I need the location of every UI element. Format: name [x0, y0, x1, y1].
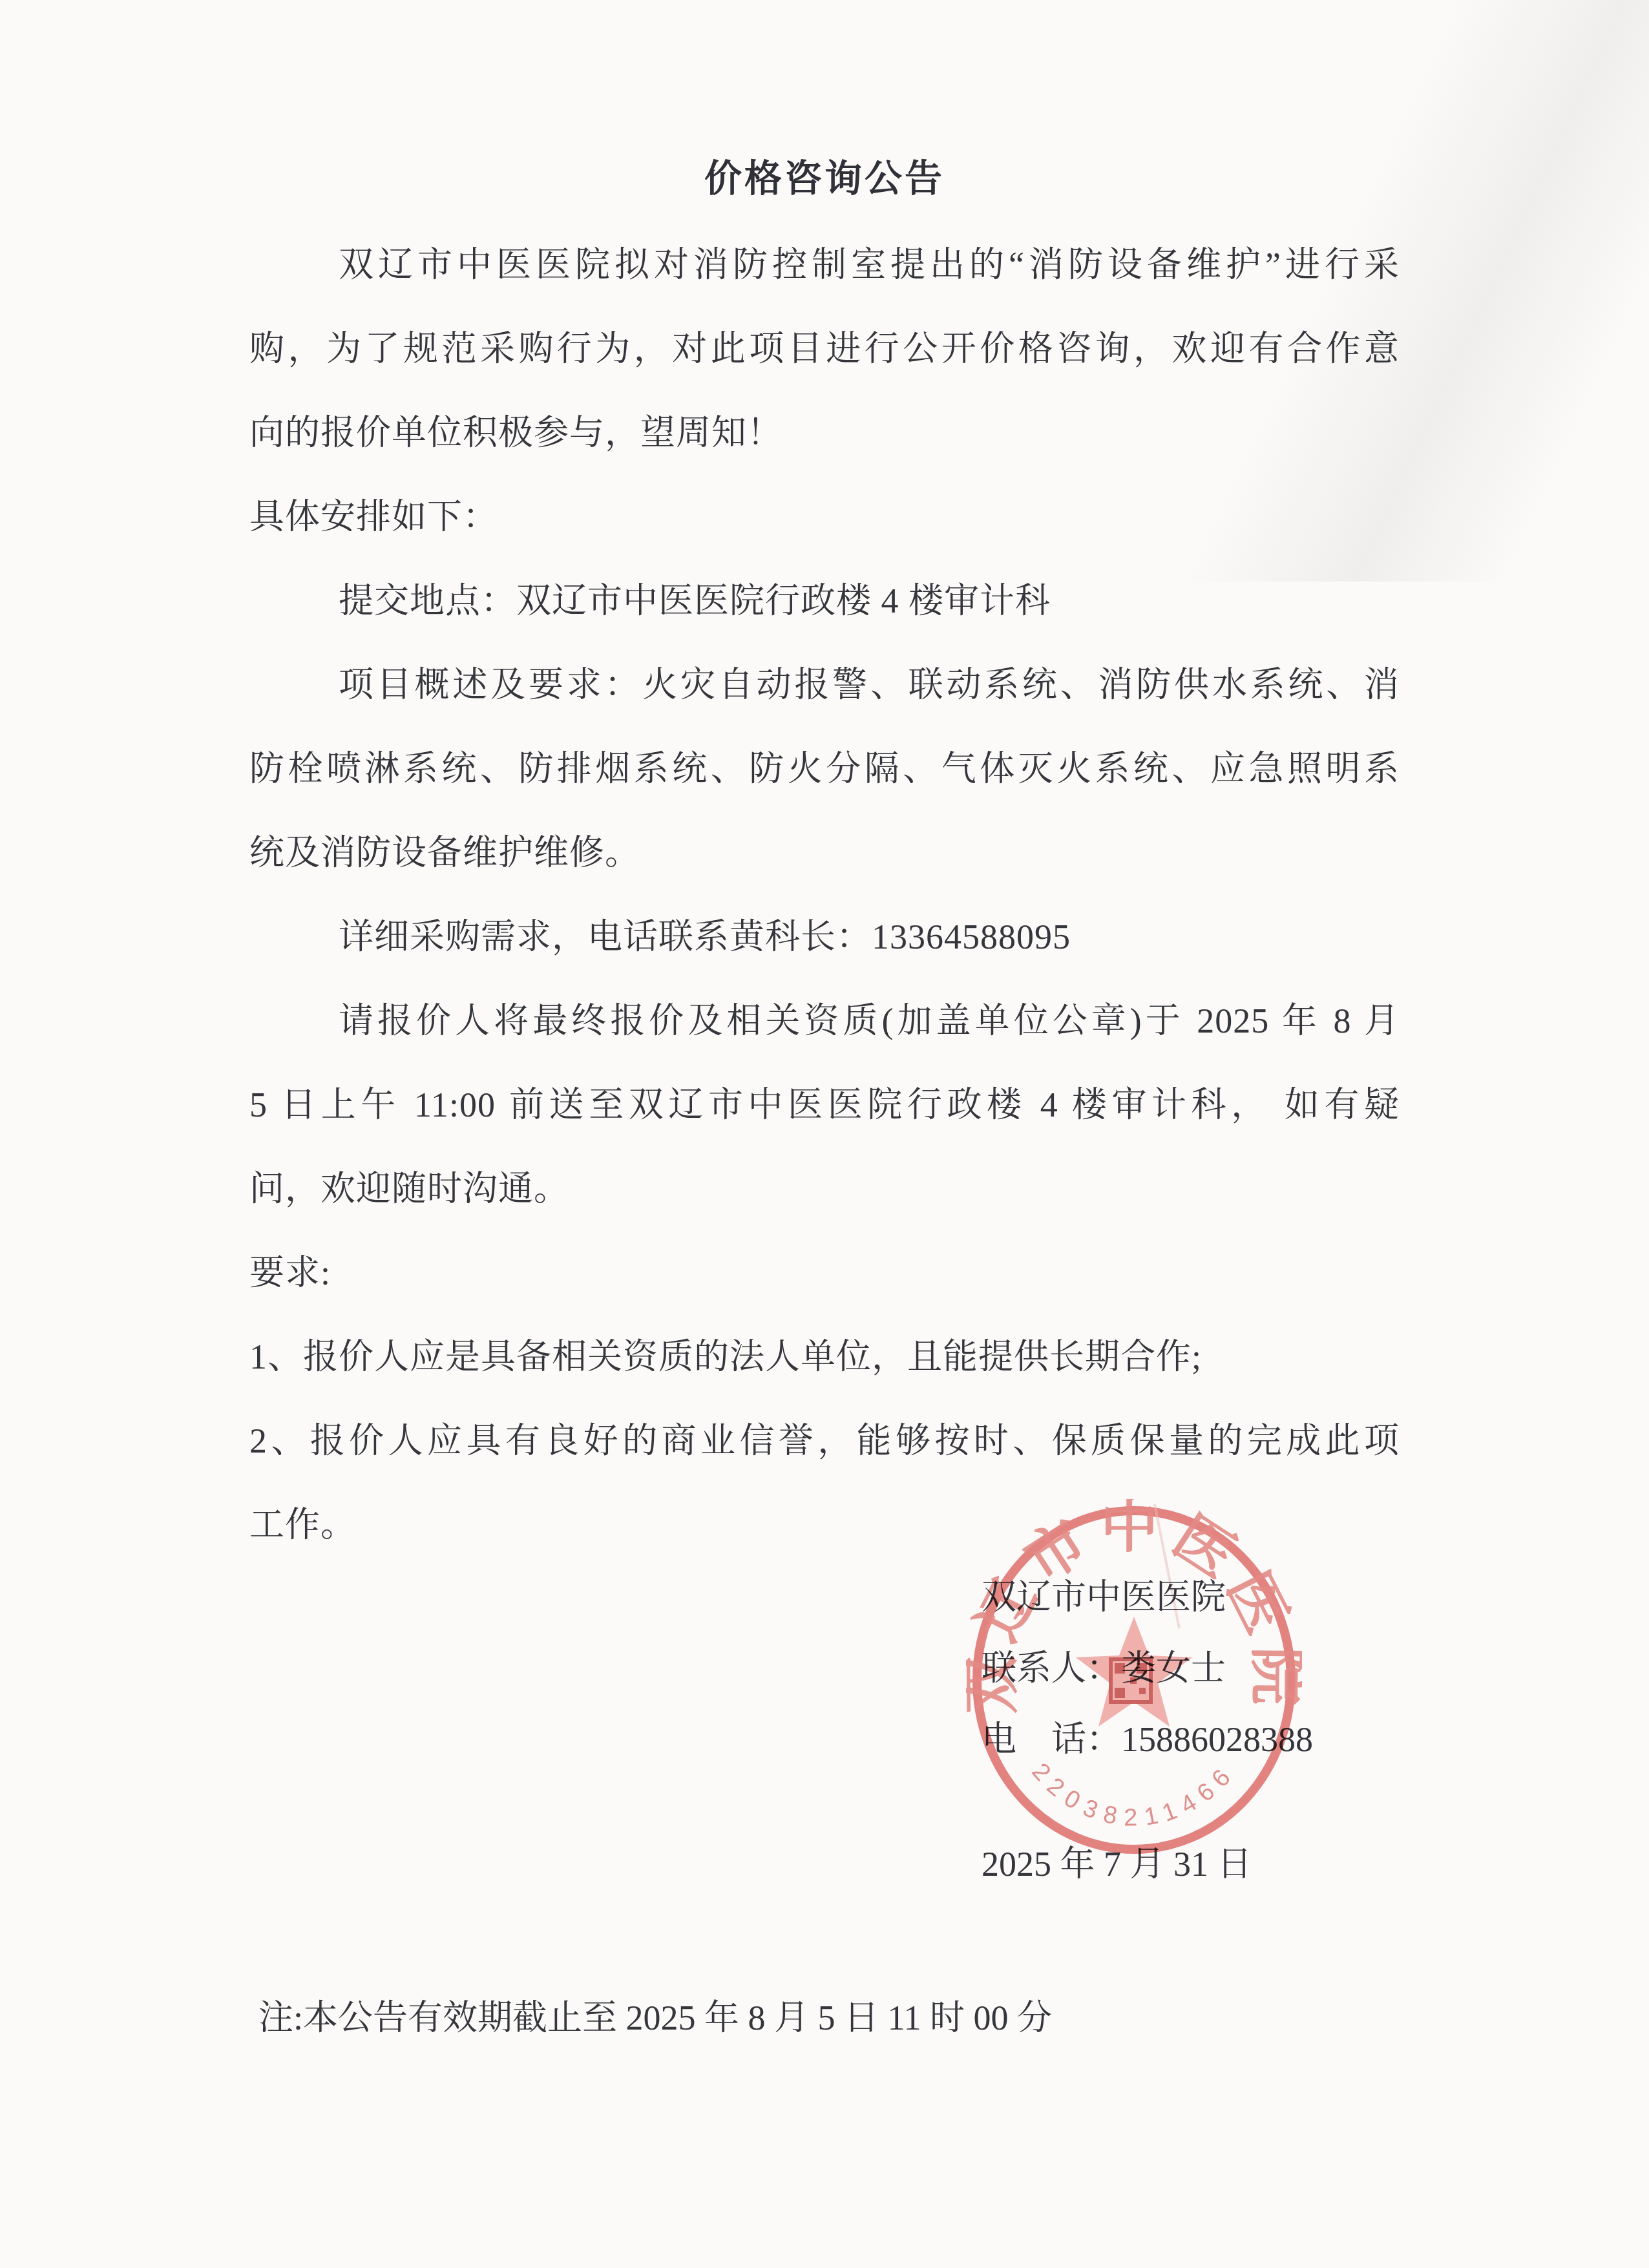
signature-phone: 电 话：15886028388 [982, 1704, 1313, 1775]
paragraph-line: 工作。 [249, 1483, 1400, 1567]
paragraph-line: 问，欢迎随时沟通。 [249, 1147, 1400, 1231]
paragraph-line: 2、报价人应具有良好的商业信誉，能够按时、保质保量的完成此项 [249, 1399, 1400, 1483]
paragraph-line: 防栓喷淋系统、防排烟系统、防火分隔、气体灭火系统、应急照明系 [249, 727, 1400, 811]
paragraph-line: 具体安排如下： [249, 475, 1400, 559]
paragraph-line: 要求: [249, 1231, 1400, 1315]
footer-note: 注:本公告有效期截止至 2025 年 8 月 5 日 11 时 00 分 [258, 1998, 1052, 2038]
paragraph-line: 统及消防设备维护维修。 [249, 811, 1400, 895]
document-title: 价格咨询公告 [249, 159, 1400, 199]
paragraph-line: 请报价人将最终报价及相关资质(加盖单位公章)于 2025 年 8 月 [249, 979, 1400, 1063]
paragraph-line: 1、报价人应是具备相关资质的法人单位，且能提供长期合作; [249, 1315, 1400, 1399]
signature-contact: 联系人：娄女士 [982, 1633, 1313, 1704]
signature-date: 2025 年 7 月 31 日 [982, 1829, 1313, 1900]
signature-block: 双辽市中医医院 联系人：娄女士 电 话：15886028388 2025 年 7… [982, 1562, 1313, 1900]
scanned-document-page: 价格咨询公告 双辽市中医医院拟对消防控制室提出的“消防设备维护”进行采购，为了规… [0, 0, 1649, 2268]
paragraph-line: 提交地点：双辽市中医医院行政楼 4 楼审计科 [249, 559, 1400, 643]
paragraph-line: 购，为了规范采购行为，对此项目进行公开价格咨询，欢迎有合作意 [249, 307, 1400, 391]
signature-org: 双辽市中医医院 [982, 1562, 1313, 1633]
document-body: 双辽市中医医院拟对消防控制室提出的“消防设备维护”进行采购，为了规范采购行为，对… [249, 223, 1400, 1567]
paragraph-line: 详细采购需求，电话联系黄科长：13364588095 [249, 895, 1400, 979]
paragraph-line: 向的报价单位积极参与，望周知！ [249, 391, 1400, 475]
paragraph-line: 双辽市中医医院拟对消防控制室提出的“消防设备维护”进行采 [249, 223, 1400, 307]
paragraph-line: 项目概述及要求：火灾自动报警、联动系统、消防供水系统、消 [249, 643, 1400, 727]
paragraph-line: 5 日上午 11:00 前送至双辽市中医医院行政楼 4 楼审计科， 如有疑 [249, 1063, 1400, 1147]
